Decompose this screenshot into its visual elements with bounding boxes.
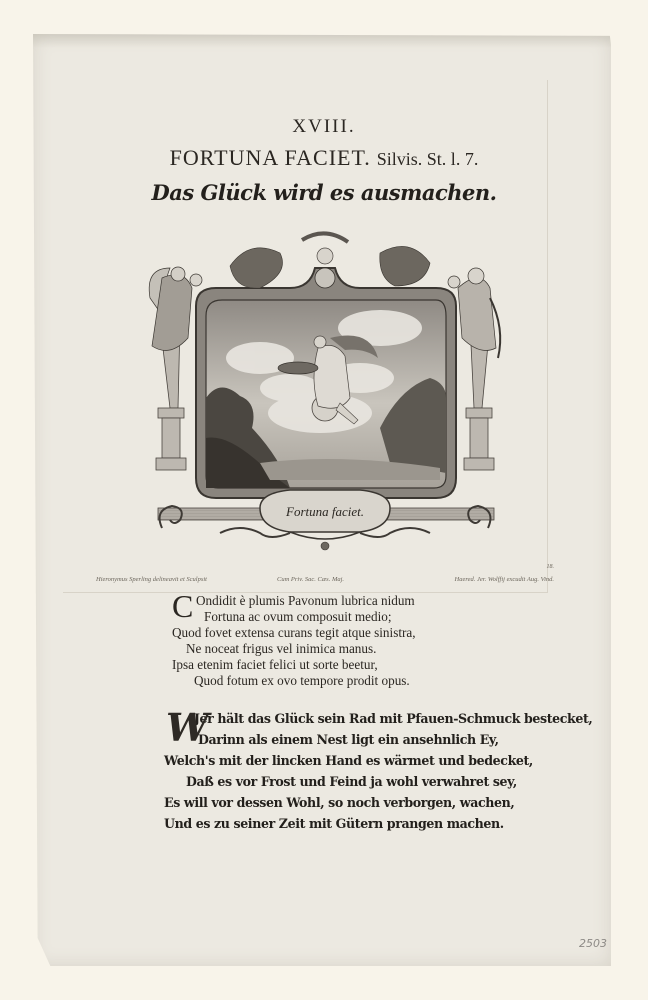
latin-line: Quod fovet extensa curans tegit atque si… bbox=[172, 625, 476, 641]
credit-designer: Hieronymus Sperling delineavit et Sculps… bbox=[96, 576, 207, 583]
latin-verse: C Ondidit è plumis Pavonum lubrica nidum… bbox=[176, 593, 476, 689]
latin-line: Ondidit è plumis Pavonum lubrica nidum bbox=[176, 593, 476, 609]
latin-line: Fortuna ac ovum composuit medio; bbox=[176, 609, 476, 625]
credit-publisher: Haered. Jer. Wolffij excudit Aug. Vind. bbox=[455, 576, 554, 583]
german-dropcap: W bbox=[166, 708, 198, 748]
german-line: Daß es vor Frost und Feind ja wohl verwa… bbox=[164, 771, 524, 792]
latin-line: Ne noceat frigus vel inimica manus. bbox=[176, 641, 476, 657]
winged-figure-left bbox=[149, 267, 202, 351]
title-latin: FORTUNA FACIET. bbox=[170, 145, 371, 170]
german-line: Und es zu seiner Zeit mit Gütern prangen… bbox=[164, 813, 524, 834]
plate-page-number: 18. bbox=[547, 564, 555, 570]
german-line: Es will vor dessen Wohl, so noch verborg… bbox=[164, 792, 524, 813]
page-title: FORTUNA FACIET.Silvis. St. l. 7. bbox=[0, 145, 648, 171]
engraving-credits: Hieronymus Sperling delineavit et Sculps… bbox=[96, 576, 554, 590]
latin-dropcap: C bbox=[172, 590, 193, 622]
inventory-number: 2503 bbox=[579, 937, 607, 950]
german-line: Jer hält das Glück sein Rad mit Pfauen-S… bbox=[164, 708, 524, 729]
german-line: Welch's mit der lincken Hand es wärmet u… bbox=[164, 750, 524, 771]
german-line: Darinn als einem Nest ligt ein ansehnlic… bbox=[164, 729, 524, 750]
caption-cartouche bbox=[260, 490, 390, 550]
plate-number: XVIII. bbox=[0, 116, 648, 138]
credit-privilege: Cum Priv. Sac. Cæs. Maj. bbox=[277, 576, 344, 583]
latin-line: Quod fotum ex ovo tempore prodit opus. bbox=[176, 673, 476, 689]
german-verse: W Jer hält das Glück sein Rad mit Pfauen… bbox=[164, 708, 524, 834]
caption-text: Fortuna faciet. bbox=[285, 504, 364, 519]
title-reference: Silvis. St. l. 7. bbox=[377, 149, 479, 169]
emblem-engraving: Fortuna faciet. bbox=[140, 228, 510, 563]
latin-line: Ipsa etenim faciet felici ut sorte beetu… bbox=[172, 657, 476, 673]
title-german: Das Glück wird es ausmachen. bbox=[0, 180, 648, 205]
